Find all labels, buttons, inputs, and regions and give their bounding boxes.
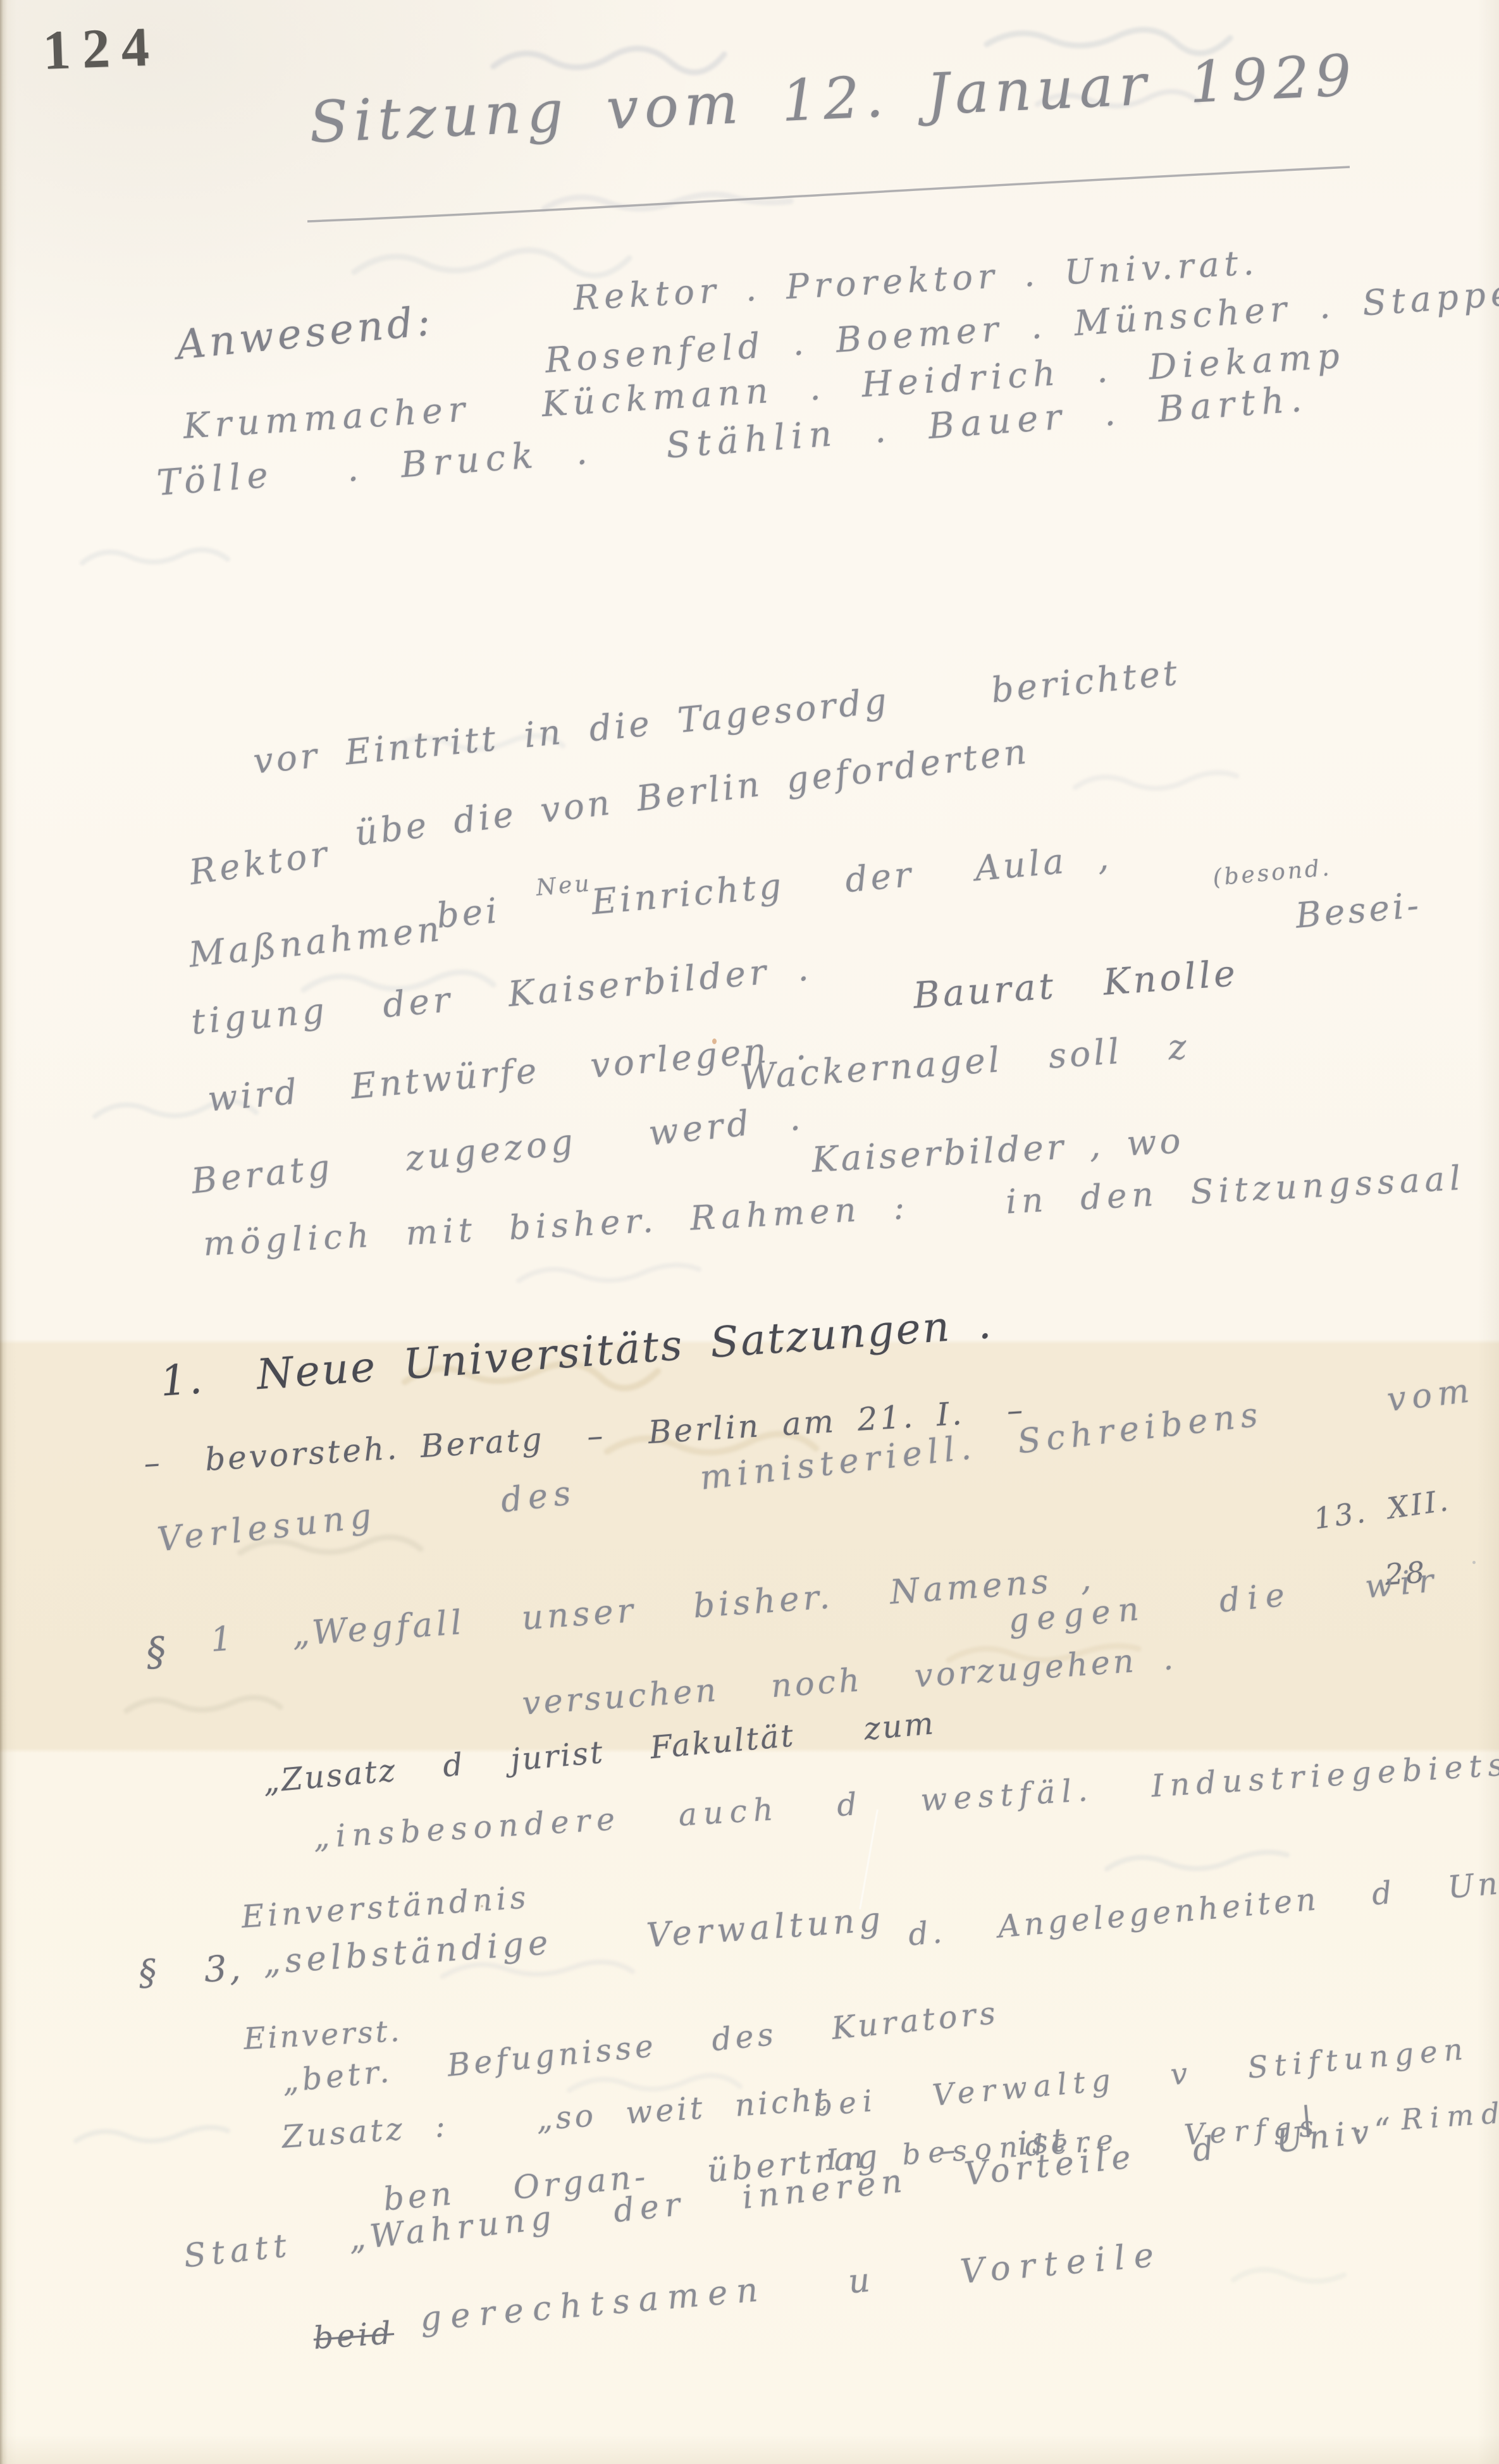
- item1-paragraph3-sign: § 3,: [138, 1950, 244, 1992]
- page-number-stamp: 124: [42, 15, 161, 83]
- title-underline: [305, 162, 1355, 228]
- preamble-insert-neu: Neu: [535, 872, 593, 900]
- paper-speck: [712, 1038, 717, 1044]
- item1-statt-strikeout-word: beid: [312, 2317, 395, 2355]
- item1-paragraph1-sign: §: [145, 1630, 170, 1673]
- item1-einverst: Einverst.: [243, 2016, 403, 2055]
- paper-speck: [481, 1905, 483, 1907]
- paper-speck: [1472, 1561, 1476, 1564]
